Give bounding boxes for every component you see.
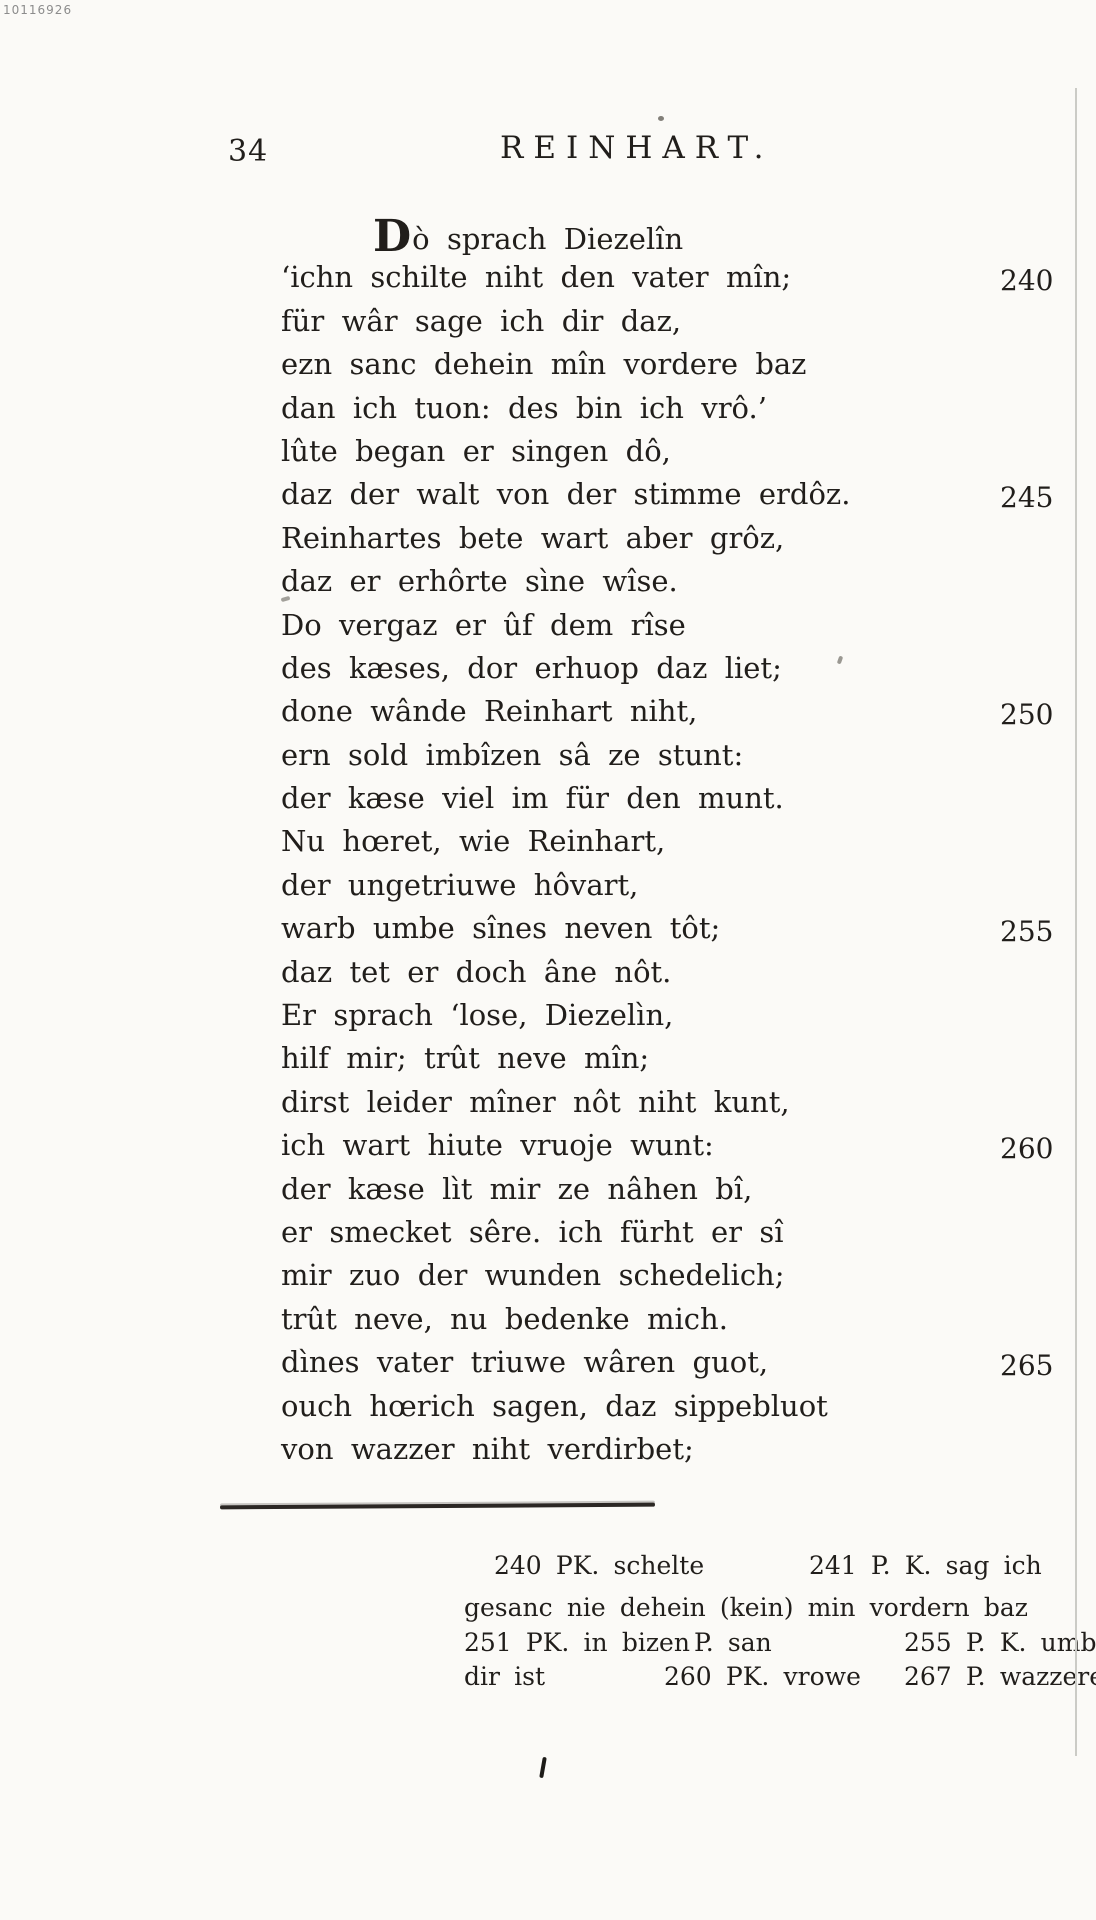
footnote-separator-rule [220, 1503, 655, 1510]
poem-line: ‘ichn schilte niht den vater mîn; [281, 256, 921, 299]
poem-line: ouch hœrich sagen, daz sippebluot [281, 1385, 921, 1428]
verse-number-255: 255 [1000, 910, 1060, 953]
footnote-item: 251 PK. in bizen [464, 1628, 690, 1657]
footnote-item: dir ist [464, 1662, 545, 1691]
running-title: REINHART. [500, 130, 774, 166]
poem-line: von wazzer niht verdirbet; [281, 1428, 921, 1471]
poem-line: lûte began er singen dô, [281, 430, 921, 473]
poem-line: dirst leider mîner nôt niht kunt, [281, 1081, 921, 1124]
poem-line: daz der walt von der stimme erdôz. [281, 473, 921, 516]
poem-line: hilf mir; trût neve mîn; [281, 1037, 921, 1080]
poem-line: Nu hœret, wie Reinhart, [281, 820, 921, 863]
ink-speck [658, 116, 664, 121]
poem-line: mir zuo der wunden schedelich; [281, 1254, 921, 1297]
poem-line: daz tet er doch âne nôt. [281, 951, 921, 994]
poem-line: Er sprach ‘lose, Diezelìn, [281, 994, 921, 1037]
poem-line: Do vergaz er ûf dem rîse [281, 604, 921, 647]
poem-line: dan ich tuon: des bin ich vrô.’ [281, 387, 921, 430]
poem-line: der ungetriuwe hôvart, [281, 864, 921, 907]
poem-line: trût neve, nu bedenke mich. [281, 1298, 921, 1341]
book-page-scan: 10116926 34 REINHART. Dò sprach Diezelîn… [0, 0, 1096, 1920]
verse-number-245: 245 [1000, 476, 1060, 519]
poem-line: dìnes vater triuwe wâren guot, [281, 1341, 921, 1384]
footnote-item: 260 PK. vrowe [664, 1662, 861, 1691]
footnote-row: dir ist 260 PK. vrowe 267 P. wazzere [464, 1662, 1096, 1696]
verse-number-250: 250 [1000, 693, 1060, 736]
footnote-item: 241 P. K. sag ich [809, 1551, 1042, 1580]
poem-line: done wânde Reinhart niht, [281, 690, 921, 733]
verse-number-265: 265 [1000, 1344, 1060, 1387]
poem-line: er smecket sêre. ich fürht er sî [281, 1211, 921, 1254]
scan-edge-line [1075, 88, 1077, 1756]
poem-line: ezn sanc dehein mîn vordere baz [281, 343, 921, 386]
footnote-row: 251 PK. in bizen P. san 255 P. K. umb 25… [464, 1628, 1096, 1662]
footnote-item: 240 PK. schelte [494, 1551, 704, 1580]
footnote-item: P. san [694, 1628, 772, 1657]
poem-line: ern sold imbîzen sâ ze stunt: [281, 734, 921, 777]
footnote-row: gesanc nie dehein (kein) min vordern baz… [464, 1593, 1096, 1627]
footnote-row: 240 PK. schelte 241 P. K. sag ich 242 PK… [464, 1551, 1096, 1585]
footnote-item: gesanc nie dehein (kein) min vordern baz [464, 1593, 1028, 1622]
verse-number-240: 240 [1000, 259, 1060, 302]
poem-text-block: Dò sprach Diezelîn ‘ichn schilte niht de… [281, 213, 921, 1471]
scan-id-watermark: 10116926 [3, 3, 72, 17]
footnote-item: 267 P. wazzere [904, 1662, 1096, 1691]
drop-cap-initial: D [373, 211, 412, 262]
page-number: 34 [228, 134, 268, 169]
poem-line: für wâr sage ich dir daz, [281, 300, 921, 343]
poem-line: des kæses, dor erhuop daz liet; [281, 647, 921, 690]
footnote-item: 255 P. K. umb [904, 1628, 1096, 1657]
poem-line: warb umbe sînes neven tôt; [281, 907, 921, 950]
poem-opening-line: Dò sprach Diezelîn [373, 213, 921, 256]
poem-line: der kæse lìt mir ze nâhen bî, [281, 1168, 921, 1211]
poem-line: daz er erhôrte sìne wîse. [281, 560, 921, 603]
poem-line: ich wart hiute vruoje wunt: [281, 1124, 921, 1167]
poem-opening-rest: ò sprach Diezelîn [412, 222, 683, 256]
ink-mark-catchword [539, 1757, 547, 1778]
poem-line: Reinhartes bete wart aber grôz, [281, 517, 921, 560]
poem-line: der kæse viel im für den munt. [281, 777, 921, 820]
verse-number-260: 260 [1000, 1127, 1060, 1170]
